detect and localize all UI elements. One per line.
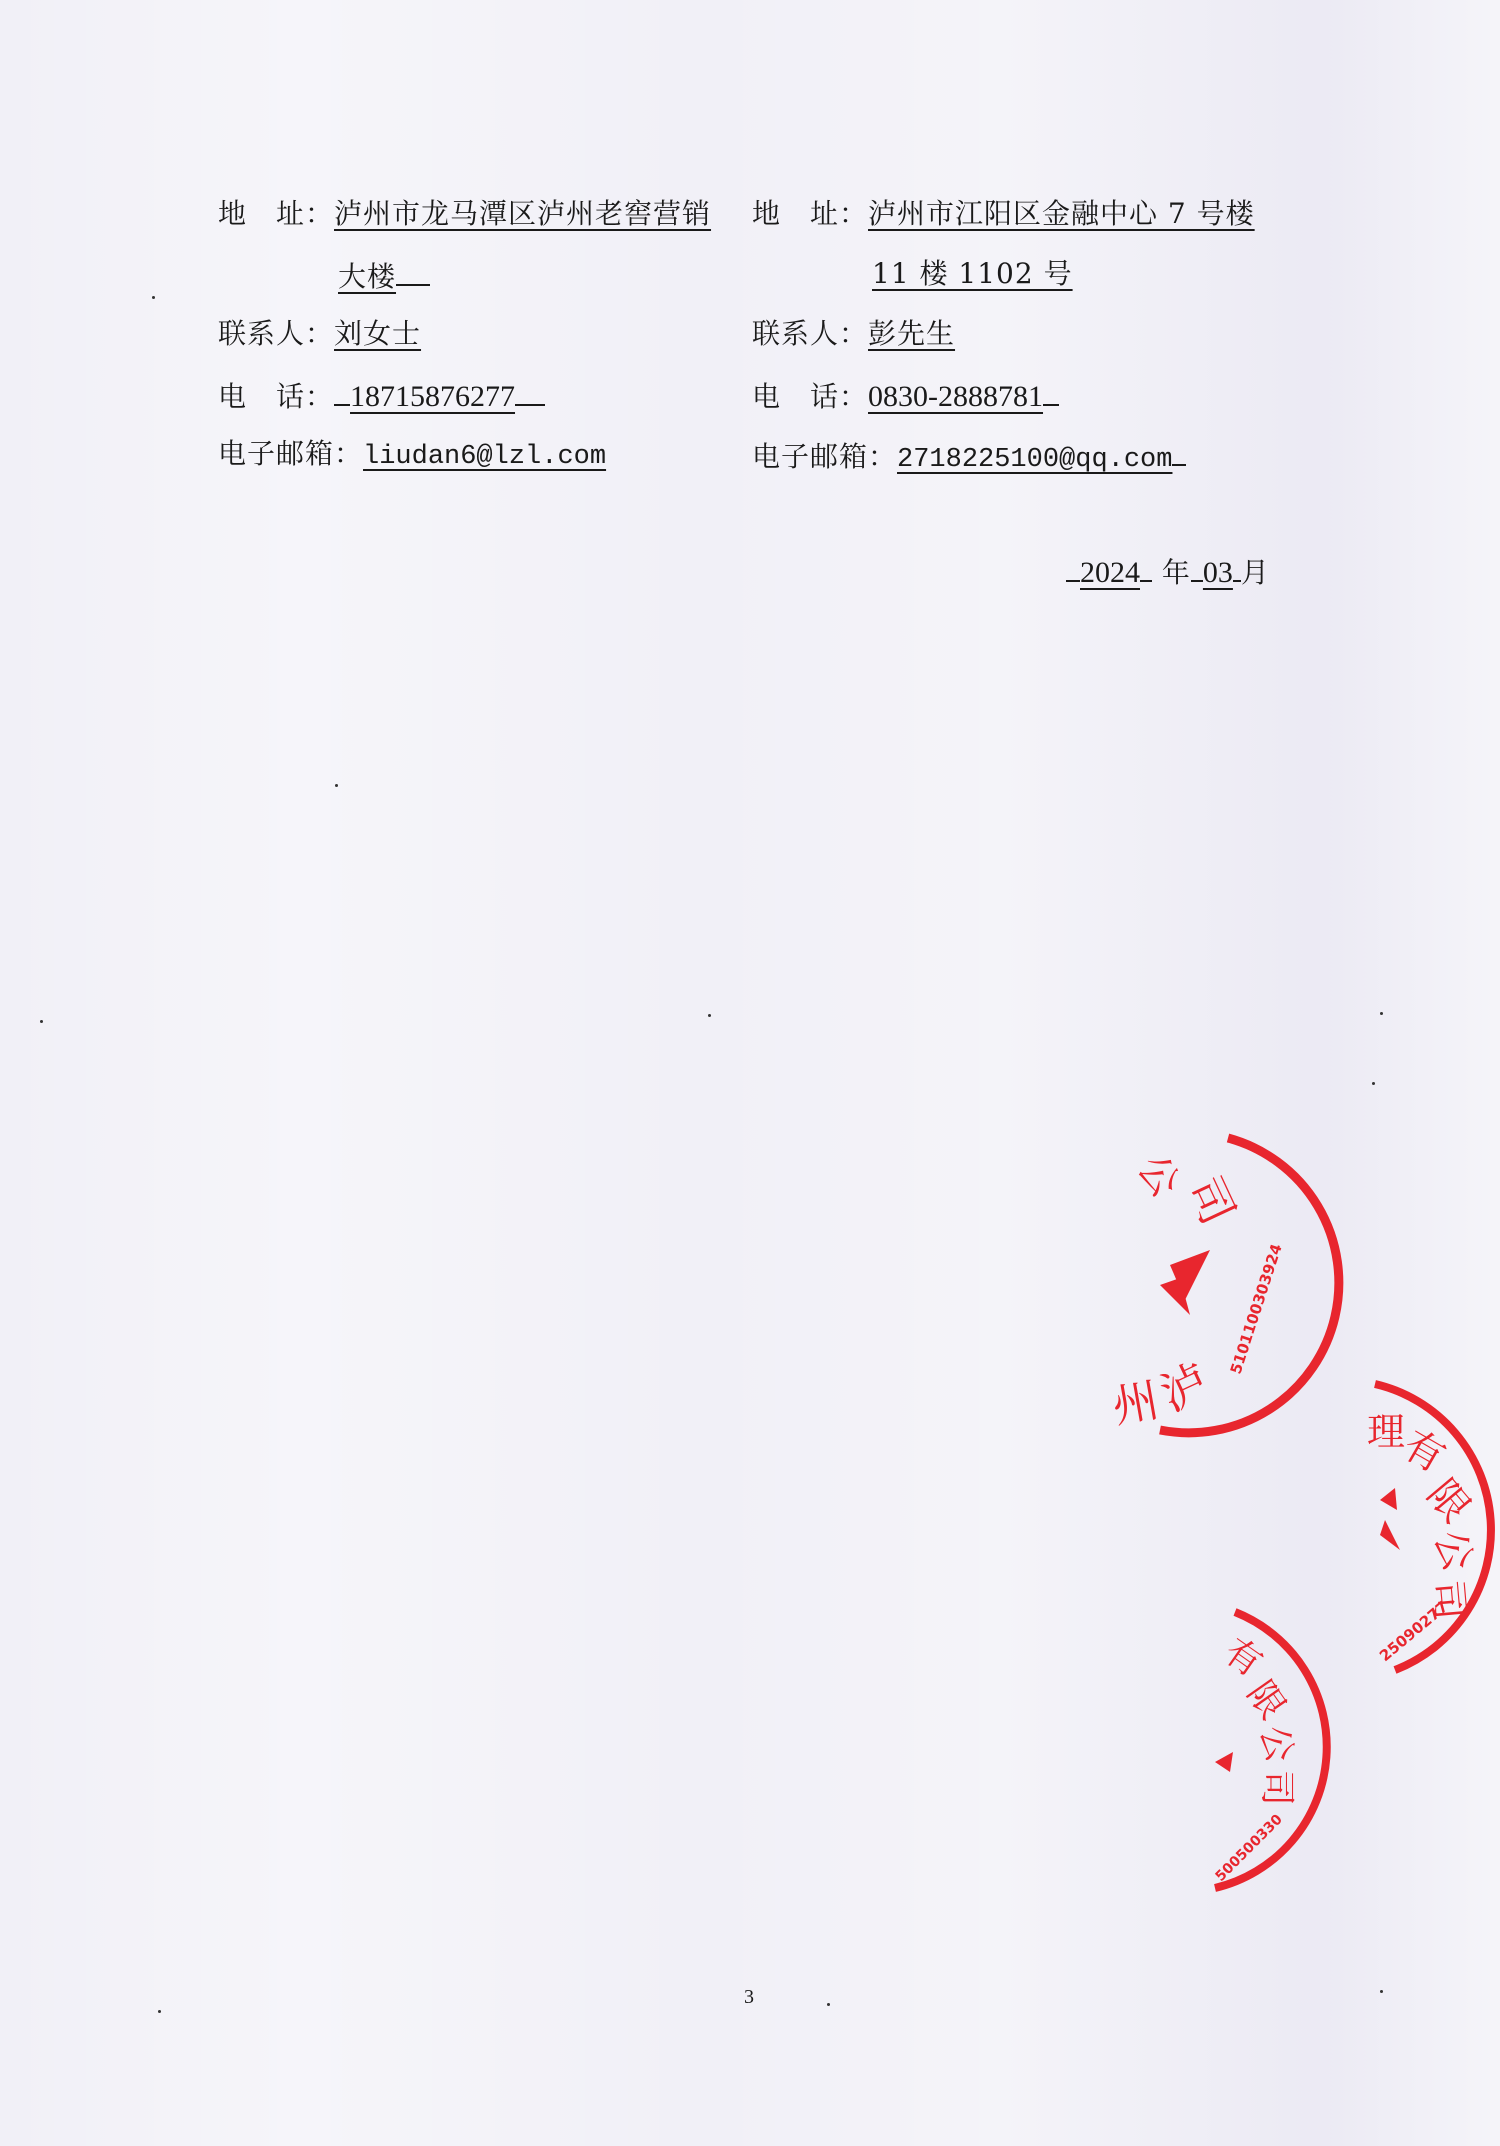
company-seal-3: 有 限 公 司 500500330: [1205, 1600, 1345, 1900]
date-month-unit: 月: [1241, 556, 1270, 589]
seal-2-code: 25090277: [1376, 1598, 1452, 1665]
seal-2-char: 限: [1418, 1471, 1479, 1531]
scan-speck: [1380, 1012, 1383, 1015]
scan-speck: [158, 2010, 161, 2013]
seal-2-char: 理: [1367, 1410, 1405, 1454]
party-a-phone-row: 电 话：18715876277: [218, 374, 545, 417]
party-a-phone-label: 电 话：: [218, 377, 334, 417]
party-a-email-label: 电子邮箱：: [218, 434, 363, 474]
seal-1-code: 5101100303924: [1227, 1242, 1286, 1377]
underline-fill: [396, 254, 430, 286]
party-a-contact: 刘女士: [334, 317, 421, 350]
underline-fill: [1140, 550, 1152, 582]
date-month: 03: [1203, 556, 1233, 589]
party-b-email-label: 电子邮箱：: [752, 437, 897, 477]
underline-fill: [334, 374, 350, 406]
company-seal-2: 理 有 限 公 司 25090277: [1355, 1370, 1500, 1680]
party-b-address-line1: 泸州市江阳区金融中心 7 号楼: [868, 197, 1255, 230]
party-b-phone: 0830-2888781: [868, 380, 1043, 413]
party-a-contact-row: 联系人：刘女士: [218, 314, 421, 354]
scan-speck: [335, 784, 338, 787]
party-b-phone-label: 电 话：: [752, 377, 868, 417]
party-a-email-row: 电子邮箱：liudan6@lzl.com: [218, 434, 606, 477]
party-a-address-line2: 大楼: [338, 260, 396, 293]
date-row: 2024 年03月: [1066, 550, 1270, 593]
seal-3-star: [1215, 1752, 1233, 1772]
seal-3-char: 有: [1216, 1631, 1269, 1685]
scan-speck: [40, 1020, 43, 1023]
party-b-address-label: 地 址：: [752, 194, 868, 234]
party-a-address-row: 地 址：泸州市龙马潭区泸州老窖营销: [218, 194, 711, 234]
party-a-address-line1: 泸州市龙马潭区泸州老窖营销: [334, 197, 711, 230]
party-b-address-line2: 11 楼 1102 号: [872, 257, 1073, 290]
scan-speck: [152, 296, 155, 299]
seal-1-char: 泸: [1152, 1353, 1217, 1421]
underline-fill: [1066, 550, 1080, 582]
party-a-phone: 18715876277: [350, 380, 515, 413]
date-year-unit: 年: [1162, 556, 1191, 589]
party-a-email: liudan6@lzl.com: [363, 442, 606, 472]
underline-fill: [1043, 374, 1059, 406]
scan-speck: [827, 2003, 830, 2006]
seal-3-char: 公: [1252, 1721, 1301, 1766]
scan-speck: [1372, 1082, 1375, 1085]
seal-2-char: 公: [1425, 1524, 1482, 1577]
party-b-contact-label: 联系人：: [752, 314, 868, 354]
scan-speck: [1380, 1990, 1383, 1993]
underline-fill: [515, 374, 545, 406]
party-b-address-line2-row: 11 楼 1102 号: [872, 254, 1073, 294]
seal-2-star: [1380, 1520, 1400, 1550]
underline-fill: [1191, 550, 1203, 582]
party-b-contact: 彭先生: [868, 317, 955, 350]
party-a-address-line2-row: 大楼: [338, 254, 430, 297]
page-number: 3: [744, 1986, 754, 2009]
party-b-address-row: 地 址：泸州市江阳区金融中心 7 号楼: [752, 194, 1255, 234]
seal-1-char: 州: [1108, 1372, 1163, 1433]
party-b-email: 2718225100@qq.com: [897, 445, 1172, 475]
scan-speck: [708, 1014, 711, 1017]
party-a-contact-label: 联系人：: [218, 314, 334, 354]
underline-fill: [1233, 550, 1241, 582]
date-year: 2024: [1080, 556, 1140, 589]
seal-2-star: [1380, 1488, 1397, 1510]
party-b-phone-row: 电 话：0830-2888781: [752, 374, 1059, 417]
party-b-email-row: 电子邮箱：2718225100@qq.com: [752, 434, 1186, 480]
underline-fill: [1172, 434, 1186, 466]
party-b-contact-row: 联系人：彭先生: [752, 314, 955, 354]
seal-1-char: 公: [1128, 1147, 1189, 1206]
party-a-address-label: 地 址：: [218, 194, 334, 234]
seal-3-char: 司: [1256, 1770, 1297, 1806]
company-seal-1: 司 公 泸 州 5101100303924: [1100, 1120, 1360, 1440]
